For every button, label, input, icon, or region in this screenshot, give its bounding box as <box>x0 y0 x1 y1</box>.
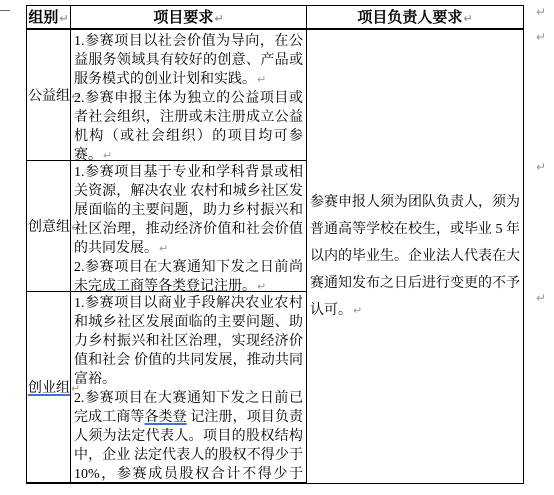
requirement-paragraph: 2.参赛申报主体为独立的公益项目或者社会组织，注册或未注册成立公益机构（或社会组… <box>74 89 303 160</box>
text-segment: 1.参赛项目以社会价值为导向，在公益服务领域具有较好的创意、产品或服务模式的创业… <box>74 34 303 87</box>
word-document-page: 组别↵ 项目要求↵ 项目负责人要求↵ 公益组↵ 1.参赛项目以社会价值为导向，在… <box>0 0 554 495</box>
text-segment: 1.参赛项目基于专业和学科背景或相关资源，解决农业 农村和城乡社区发展面临的主要… <box>74 165 303 256</box>
margin-tick <box>0 10 10 11</box>
requirement-paragraph: 1.参赛项目基于专业和学科背景或相关资源，解决农业 农村和城乡社区发展面临的主要… <box>74 163 303 258</box>
paragraph-mark: ↵ <box>257 73 266 86</box>
header-group-label: 组别 <box>28 10 58 26</box>
paragraph-mark: ↵ <box>257 280 266 291</box>
requirements-cell[interactable]: 1.参赛项目基于专业和学科背景或相关资源，解决农业 农村和城乡社区发展面临的主要… <box>71 161 307 292</box>
group-name-text: 公益组 <box>28 89 70 104</box>
group-label: 公益组↵ <box>28 89 80 104</box>
header-row: 组别↵ 项目要求↵ 项目负责人要求↵ <box>27 6 524 30</box>
paragraph-mark: ↵ <box>463 12 472 25</box>
group-label-cell[interactable]: 公益组↵ <box>27 29 71 161</box>
end-of-row-mark: ↵ <box>536 31 546 43</box>
header-leader-requirements-label: 项目负责人要求 <box>357 10 462 26</box>
text-segment: 各类登 <box>144 410 186 425</box>
table-row-public-welfare-group: 公益组↵ 1.参赛项目以社会价值为导向，在公益服务领域具有较好的创意、产品或服务… <box>27 29 524 161</box>
leader-requirement-block: 参赛申报人须为团队负责人，须为普通高等学校在校生，或毕业 5 年以内的毕业生。企… <box>310 189 520 324</box>
leader-requirements-cell[interactable]: 参赛申报人须为团队负责人，须为普通高等学校在校生，或毕业 5 年以内的毕业生。企… <box>307 29 524 483</box>
text-segment: 1.参赛项目以商业手段解决农业农村和城乡社区发展面临的主要问题、助力乡村振兴和社… <box>74 296 303 387</box>
header-group-column[interactable]: 组别↵ <box>27 6 71 30</box>
group-name-text: 创意组 <box>28 220 70 235</box>
paragraph-mark: ↵ <box>59 12 68 25</box>
header-project-requirements-label: 项目要求 <box>153 10 213 26</box>
group-label-cell[interactable]: 创业组↵ <box>27 292 71 484</box>
requirements-text-block: 1.参赛项目以商业手段解决农业农村和城乡社区发展面临的主要问题、助力乡村振兴和社… <box>74 294 303 482</box>
end-of-row-mark: ↵ <box>536 6 546 18</box>
group-name-text: 创业组 <box>28 381 70 396</box>
requirement-paragraph: 2.参赛项目在大赛通知下发之日前已完成工商等各类登 记注册，项目负责人须为法定代… <box>74 389 303 482</box>
requirement-paragraph: 1.参赛项目以社会价值为导向，在公益服务领域具有较好的创意、产品或服务模式的创业… <box>74 32 303 89</box>
header-leader-requirements[interactable]: 项目负责人要求↵ <box>307 6 524 30</box>
group-label: 创意组↵ <box>28 220 80 235</box>
requirement-paragraph: 1.参赛项目以商业手段解决农业农村和城乡社区发展面临的主要问题、助力乡村振兴和社… <box>74 294 303 389</box>
paragraph-mark: ↵ <box>214 12 223 25</box>
header-project-requirements[interactable]: 项目要求↵ <box>71 6 307 30</box>
requirements-cell[interactable]: 1.参赛项目以社会价值为导向，在公益服务领域具有较好的创意、产品或服务模式的创业… <box>71 29 307 161</box>
requirements-text-block: 1.参赛项目以社会价值为导向，在公益服务领域具有较好的创意、产品或服务模式的创业… <box>74 32 303 160</box>
group-label-cell[interactable]: 创意组↵ <box>27 161 71 292</box>
paragraph-mark: ↵ <box>103 149 112 160</box>
paragraph-mark: ↵ <box>353 304 362 317</box>
leader-requirement-text: 参赛申报人须为团队负责人，须为普通高等学校在校生，或毕业 5 年以内的毕业生。企… <box>310 195 520 318</box>
end-of-row-mark: ↵ <box>536 292 546 304</box>
paragraph-mark: ↵ <box>159 242 168 255</box>
text-segment: 2.参赛项目在大赛通知下发之日前尚未完成工商等各类登记注册。 <box>74 260 303 291</box>
competition-groups-table: 组别↵ 项目要求↵ 项目负责人要求↵ 公益组↵ 1.参赛项目以社会价值为导向，在… <box>26 5 524 484</box>
requirements-text-block: 1.参赛项目基于专业和学科背景或相关资源，解决农业 农村和城乡社区发展面临的主要… <box>74 163 303 291</box>
group-label: 创业组↵ <box>28 381 80 396</box>
requirements-cell[interactable]: 1.参赛项目以商业手段解决农业农村和城乡社区发展面临的主要问题、助力乡村振兴和社… <box>71 292 307 484</box>
end-of-row-mark: ↵ <box>536 161 546 173</box>
requirement-paragraph: 2.参赛项目在大赛通知下发之日前尚未完成工商等各类登记注册。↵ <box>74 258 303 291</box>
